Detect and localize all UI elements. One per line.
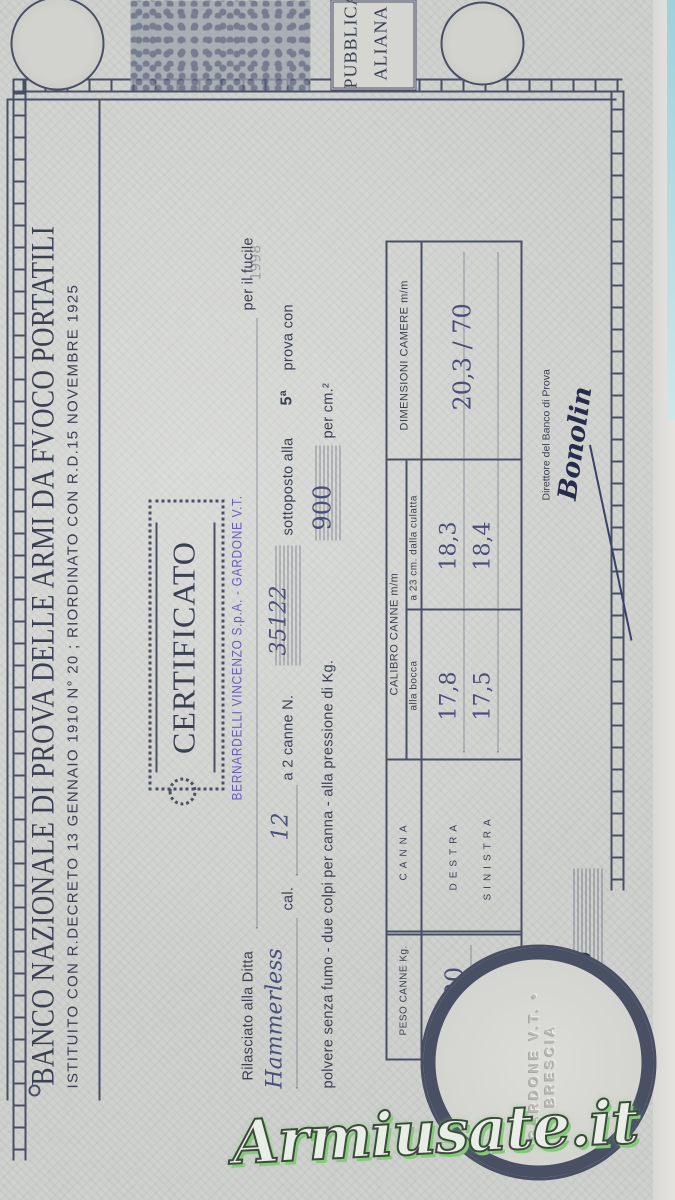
muzzle-right: 17,8 bbox=[436, 671, 461, 720]
signature-label: Direttore del Banco di Prova bbox=[540, 369, 552, 500]
at23cm-right: 18,3 bbox=[436, 521, 461, 570]
foliage-ornament bbox=[130, 0, 310, 90]
dotted-line bbox=[296, 918, 297, 1088]
crest-left-icon bbox=[440, 1, 524, 85]
barrel-left: SINISTRA bbox=[482, 814, 493, 900]
institution-title: BANCO NAZIONALE DI PROVA DELLE ARMI DA F… bbox=[25, 225, 62, 1085]
caliber-value: 12 bbox=[268, 812, 293, 840]
caliber-muzzle-header: alla bocca bbox=[408, 660, 419, 710]
gun-serial-number: 35122 bbox=[266, 585, 291, 655]
muzzle-left: 17,5 bbox=[470, 671, 495, 720]
gun-model-handwritten: Hammerless bbox=[262, 948, 287, 1088]
table-col-rule bbox=[385, 933, 522, 935]
chambers-header: DIMENSIONI CAMERE m/m bbox=[398, 280, 410, 430]
chambers-value: 20,3 / 70 bbox=[448, 303, 476, 410]
subjected-text: sottoposto alla bbox=[280, 437, 296, 535]
table-header-rule bbox=[420, 240, 422, 1060]
table-top-rule bbox=[385, 240, 387, 1060]
inner-vertical-rule bbox=[6, 98, 616, 100]
certificate-document: BANCO NAZIONALE DI PROVA DELLE ARMI DA F… bbox=[0, 0, 675, 1200]
dotted-line bbox=[497, 252, 498, 752]
weight-header: PESO CANNE Kg. bbox=[398, 945, 409, 1035]
barrel-right: DESTRA bbox=[448, 819, 459, 890]
emblem-text-1: PUBBLICA bbox=[340, 0, 361, 88]
corner-ornament bbox=[28, 1084, 40, 1096]
table-col-rule bbox=[385, 930, 522, 932]
pressure-unit: per cm.² bbox=[320, 382, 336, 438]
dotted-line bbox=[296, 785, 297, 875]
powder-pressure-text: polvere senza fumo - due colpi per canna… bbox=[320, 659, 336, 1088]
table-bottom-rule bbox=[520, 240, 522, 1060]
left-chain-border bbox=[12, 78, 622, 92]
proof-ordinal: 5ª bbox=[278, 390, 296, 405]
caliber-header: CALIBRO CANNE m/m bbox=[388, 572, 400, 695]
director-signature: Bonolin bbox=[552, 384, 598, 501]
table-col-rule bbox=[385, 240, 522, 242]
dotted-line bbox=[256, 318, 257, 928]
pressure-value: 900 bbox=[308, 484, 336, 530]
per-il-fucile-label: per il fucile bbox=[240, 237, 256, 310]
certificate-label: CERTIFICATO bbox=[165, 522, 202, 772]
caliber-sub-rule bbox=[405, 460, 407, 760]
header-rule bbox=[98, 100, 100, 1100]
outer-rule bbox=[6, 100, 8, 1100]
barrels-text: a 2 canne N. bbox=[280, 694, 296, 780]
proof-suffix: prova con bbox=[280, 304, 296, 370]
issued-to-label: Rilasciato alla Ditta bbox=[240, 950, 256, 1080]
company-stamp: BERNARDELLI VINCENZO S.p.A. - GARDONE V.… bbox=[228, 495, 244, 800]
barrel-header: CANNA bbox=[398, 820, 409, 880]
at23cm-left: 18,4 bbox=[470, 521, 495, 570]
top-chain-border bbox=[12, 80, 26, 1160]
caliber-23cm-header: a 23 cm. dalla culatta bbox=[408, 495, 419, 601]
crest-right-icon bbox=[10, 0, 104, 90]
caliber-label: cal. bbox=[280, 886, 296, 910]
institution-subtitle: ISTITUITO CON R.DECRETO 13 GENNAIO 1910 … bbox=[64, 283, 81, 1088]
emblem-text-2: ALIANA bbox=[370, 5, 391, 80]
bottom-chain-border bbox=[610, 90, 624, 890]
